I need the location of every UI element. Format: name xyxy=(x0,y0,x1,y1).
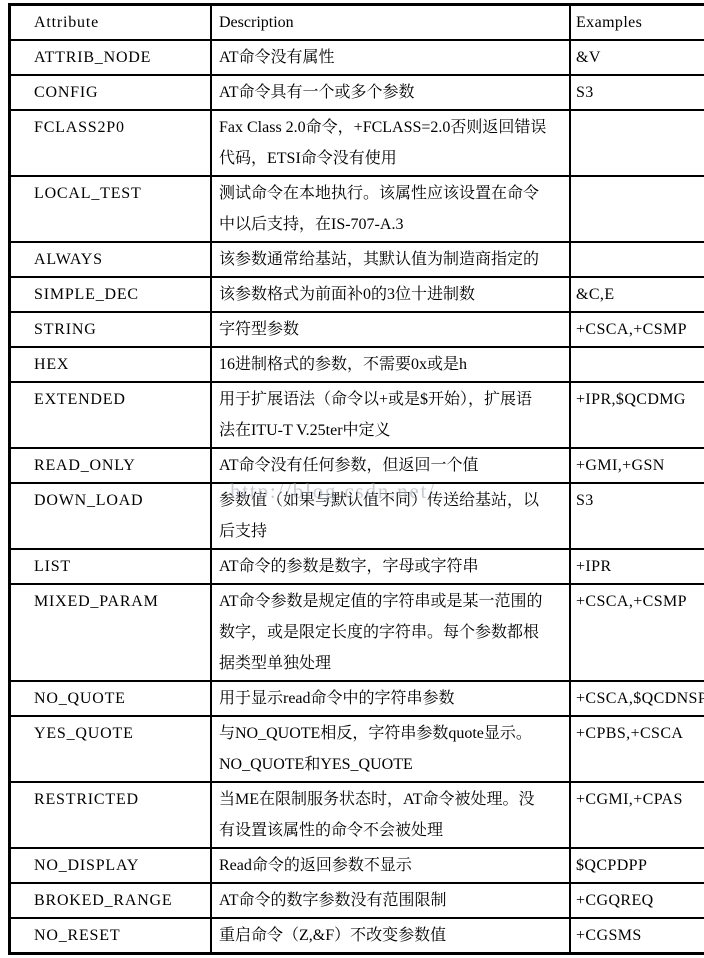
examples-cell: +CSCA,+CSMP xyxy=(570,584,704,681)
examples-cell: S3 xyxy=(570,75,704,110)
examples-cell: +CGQREQ xyxy=(570,883,704,918)
description-cell: 16进制格式的参数，不需要0x或是h xyxy=(211,347,570,382)
table-header: Attribute Description Examples xyxy=(10,5,704,41)
attribute-cell: MIXED_PARAM xyxy=(10,584,212,681)
column-header-examples: Examples xyxy=(570,5,704,41)
table-row: MIXED_PARAM AT命令参数是规定值的字符串或是某一范围的数字，或是限定… xyxy=(10,584,704,681)
table-row: BROKED_RANGE AT命令的数字参数没有范围限制 +CGQREQ xyxy=(10,883,704,918)
description-cell: AT命令没有属性 xyxy=(211,40,570,75)
description-cell: AT命令参数是规定值的字符串或是某一范围的数字，或是限定长度的字符串。每个参数都… xyxy=(211,584,570,681)
table-row: READ_ONLY AT命令没有任何参数，但返回一个值 +GMI,+GSN xyxy=(10,448,704,483)
examples-cell: &C,E xyxy=(570,277,704,312)
table-row: LIST AT命令的参数是数字，字母或字符串 +IPR xyxy=(10,549,704,584)
examples-cell: +IPR xyxy=(570,549,704,584)
attribute-cell: NO_QUOTE xyxy=(10,681,212,716)
description-cell: 该参数通常给基站，其默认值为制造商指定的 xyxy=(211,242,570,277)
column-header-description: Description xyxy=(211,5,570,41)
description-cell: 字符型参数 xyxy=(211,312,570,347)
table-row: ATTRIB_NODE AT命令没有属性 &V xyxy=(10,40,704,75)
description-cell: 当ME在限制服务状态时，AT命令被处理。没有设置该属性的命令不会被处理 xyxy=(211,782,570,848)
attribute-cell: HEX xyxy=(10,347,212,382)
table-row: SIMPLE_DEC 该参数格式为前面补0的3位十进制数 &C,E xyxy=(10,277,704,312)
description-cell: AT命令没有任何参数，但返回一个值 xyxy=(211,448,570,483)
description-cell: 该参数格式为前面补0的3位十进制数 xyxy=(211,277,570,312)
description-cell: Read命令的返回参数不显示 xyxy=(211,848,570,883)
column-header-attribute: Attribute xyxy=(10,5,212,41)
examples-cell xyxy=(570,110,704,176)
description-cell: AT命令的参数是数字，字母或字符串 xyxy=(211,549,570,584)
examples-cell: +CSCA,+CSMP xyxy=(570,312,704,347)
table-row: STRING 字符型参数 +CSCA,+CSMP xyxy=(10,312,704,347)
table-row: EXTENDED 用于扩展语法（命令以+或是$开始），扩展语法在ITU-T V.… xyxy=(10,382,704,448)
header-row: Attribute Description Examples xyxy=(10,5,704,41)
description-cell: AT命令具有一个或多个参数 xyxy=(211,75,570,110)
examples-cell: +CPBS,+CSCA xyxy=(570,716,704,782)
description-cell: Fax Class 2.0命令，+FCLASS=2.0否则返回错误代码，ETSI… xyxy=(211,110,570,176)
table-row: ALWAYS 该参数通常给基站，其默认值为制造商指定的 xyxy=(10,242,704,277)
attribute-cell: LIST xyxy=(10,549,212,584)
examples-cell: +CSCA,$QCDNSP xyxy=(570,681,704,716)
table-row: NO_RESET 重启命令（Z,&F）不改变参数值 +CGSMS xyxy=(10,918,704,954)
attribute-cell: SIMPLE_DEC xyxy=(10,277,212,312)
table-row: FCLASS2P0 Fax Class 2.0命令，+FCLASS=2.0否则返… xyxy=(10,110,704,176)
table-row: LOCAL_TEST 测试命令在本地执行。该属性应该设置在命令中以后支持，在IS… xyxy=(10,176,704,242)
attribute-cell: YES_QUOTE xyxy=(10,716,212,782)
attribute-cell: LOCAL_TEST xyxy=(10,176,212,242)
attribute-cell: RESTRICTED xyxy=(10,782,212,848)
examples-cell: &V xyxy=(570,40,704,75)
attribute-cell: NO_RESET xyxy=(10,918,212,954)
examples-cell xyxy=(570,242,704,277)
attribute-cell: ATTRIB_NODE xyxy=(10,40,212,75)
description-cell: 用于显示read命令中的字符串参数 xyxy=(211,681,570,716)
description-cell: 重启命令（Z,&F）不改变参数值 xyxy=(211,918,570,954)
examples-cell xyxy=(570,176,704,242)
table-row: DOWN_LOAD 参数值（如果与默认值不同）传送给基站，以后支持 S3 xyxy=(10,483,704,549)
description-cell: 参数值（如果与默认值不同）传送给基站，以后支持 xyxy=(211,483,570,549)
examples-cell xyxy=(570,347,704,382)
table-body: ATTRIB_NODE AT命令没有属性 &V CONFIG AT命令具有一个或… xyxy=(10,40,704,954)
at-command-attributes-table: Attribute Description Examples ATTRIB_NO… xyxy=(8,3,704,955)
table-row: RESTRICTED 当ME在限制服务状态时，AT命令被处理。没有设置该属性的命… xyxy=(10,782,704,848)
table-row: NO_DISPLAY Read命令的返回参数不显示 $QCPDPP xyxy=(10,848,704,883)
attribute-cell: DOWN_LOAD xyxy=(10,483,212,549)
attribute-cell: STRING xyxy=(10,312,212,347)
description-cell: AT命令的数字参数没有范围限制 xyxy=(211,883,570,918)
table-row: YES_QUOTE 与NO_QUOTE相反，字符串参数quote显示。NO_QU… xyxy=(10,716,704,782)
attribute-cell: BROKED_RANGE xyxy=(10,883,212,918)
examples-cell: +CGSMS xyxy=(570,918,704,954)
examples-cell: +CGMI,+CPAS xyxy=(570,782,704,848)
attribute-cell: NO_DISPLAY xyxy=(10,848,212,883)
document-page: Attribute Description Examples ATTRIB_NO… xyxy=(0,0,704,958)
attribute-cell: ALWAYS xyxy=(10,242,212,277)
examples-cell: +IPR,$QCDMG xyxy=(570,382,704,448)
table-row: CONFIG AT命令具有一个或多个参数 S3 xyxy=(10,75,704,110)
description-cell: 用于扩展语法（命令以+或是$开始），扩展语法在ITU-T V.25ter中定义 xyxy=(211,382,570,448)
examples-cell: +GMI,+GSN xyxy=(570,448,704,483)
attribute-cell: READ_ONLY xyxy=(10,448,212,483)
table-row: NO_QUOTE 用于显示read命令中的字符串参数 +CSCA,$QCDNSP xyxy=(10,681,704,716)
examples-cell: $QCPDPP xyxy=(570,848,704,883)
attribute-cell: EXTENDED xyxy=(10,382,212,448)
table-row: HEX 16进制格式的参数，不需要0x或是h xyxy=(10,347,704,382)
description-cell: 测试命令在本地执行。该属性应该设置在命令中以后支持，在IS-707-A.3 xyxy=(211,176,570,242)
attribute-cell: CONFIG xyxy=(10,75,212,110)
attribute-cell: FCLASS2P0 xyxy=(10,110,212,176)
examples-cell: S3 xyxy=(570,483,704,549)
description-cell: 与NO_QUOTE相反，字符串参数quote显示。NO_QUOTE和YES_QU… xyxy=(211,716,570,782)
